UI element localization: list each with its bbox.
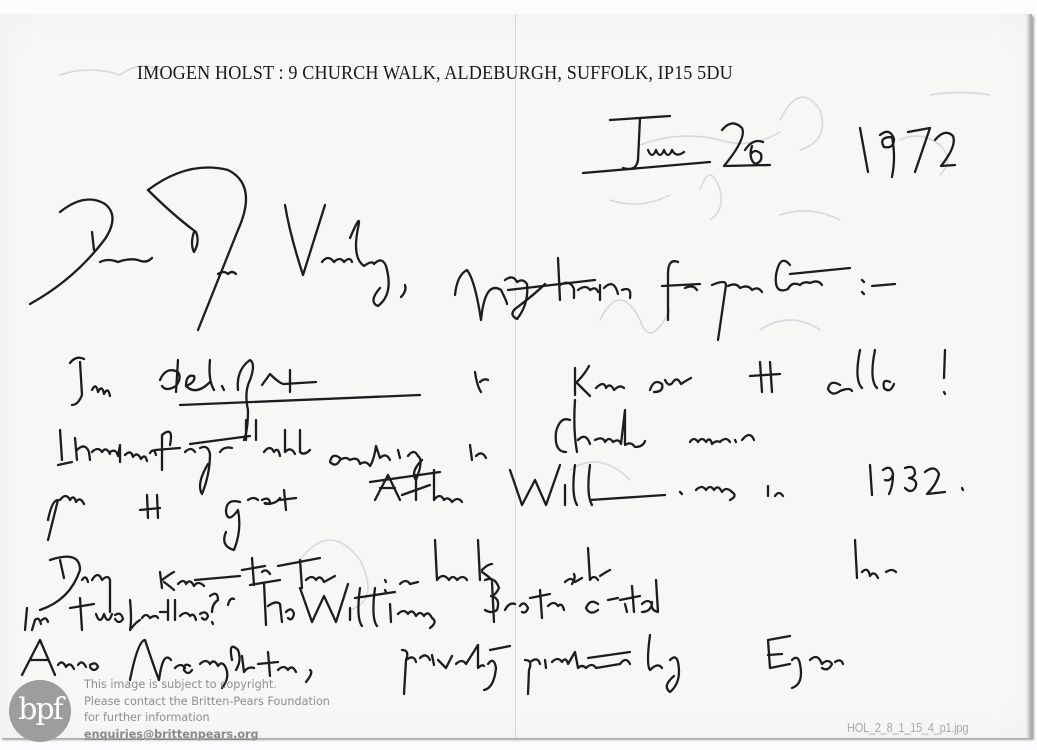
handwritten-date: [583, 116, 955, 177]
handwritten-line-3: [58, 400, 754, 494]
handwriting: [0, 0, 1037, 750]
handwritten-line-1: [455, 258, 895, 340]
image-filename: HOL_2_8_1_15_4_p1.jpg: [847, 720, 968, 735]
handwritten-line-2: [70, 350, 945, 440]
handwritten-line-4: [48, 465, 963, 550]
bpf-logo: bpf: [9, 680, 71, 742]
handwritten-line-6: [25, 574, 658, 630]
notice-line-1: This image is subject to copyright.: [84, 677, 330, 694]
copyright-notice: This image is subject to copyright. Plea…: [84, 677, 330, 743]
contact-email-link[interactable]: enquiries@brittenpears.org: [84, 727, 330, 744]
notice-line-3: for further information: [84, 710, 330, 727]
handwritten-salutation: [30, 168, 406, 331]
notice-line-2: Please contact the Britten-Pears Foundat…: [84, 694, 330, 711]
